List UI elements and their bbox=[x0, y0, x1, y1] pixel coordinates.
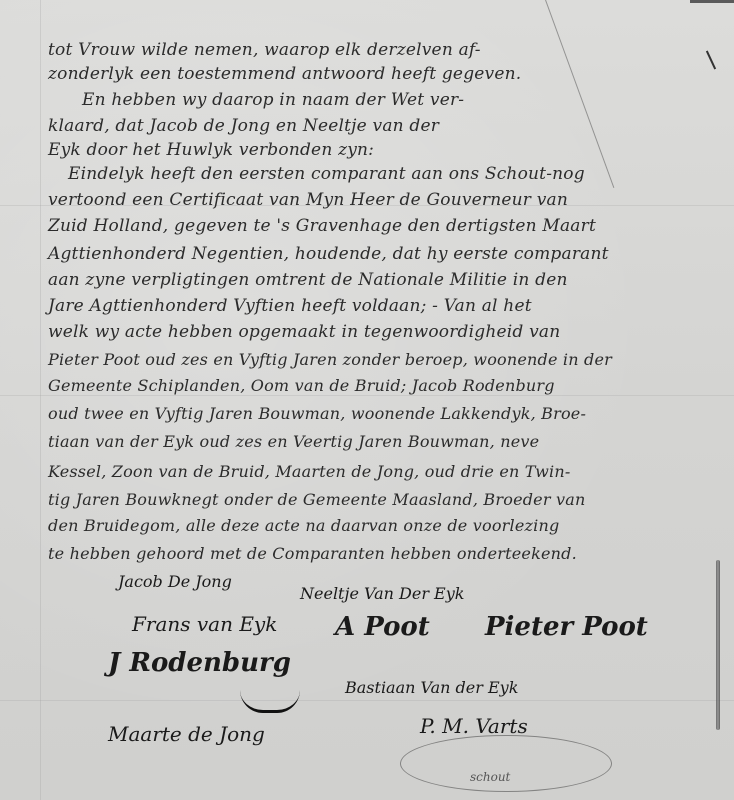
signature-flourish bbox=[240, 690, 300, 713]
text-line: En hebben wy daarop in naam der Wet ver- bbox=[82, 90, 464, 110]
text-line: Agttienhonderd Negentien, houdende, dat … bbox=[48, 244, 609, 264]
ruling-line bbox=[0, 395, 734, 396]
text-line: zonderlyk een toestemmend antwoord heeft… bbox=[48, 64, 521, 84]
text-line: vertoond een Certificaat van Myn Heer de… bbox=[48, 190, 568, 210]
text-line: Kessel, Zoon van de Bruid, Maarten de Jo… bbox=[48, 462, 570, 481]
fold-crease bbox=[545, 0, 614, 188]
signature-a-poot: A Poot bbox=[335, 612, 430, 642]
text-line: tig Jaren Bouwknegt onder de Gemeente Ma… bbox=[48, 490, 585, 509]
page-edge-shadow bbox=[690, 0, 734, 3]
signature-j-rodenburg: J Rodenburg bbox=[108, 648, 291, 678]
signature-jacob-de-jong: Jacob De Jong bbox=[118, 572, 232, 591]
text-line: Gemeente Schiplanden, Oom van de Bruid; … bbox=[48, 376, 555, 395]
text-line: Jare Agttienhonderd Vyftien heeft voldaa… bbox=[48, 296, 532, 316]
text-line: aan zyne verpligtingen omtrent de Nation… bbox=[48, 270, 568, 290]
text-line: tiaan van der Eyk oud zes en Veertig Jar… bbox=[48, 432, 539, 451]
text-line: oud twee en Vyftig Jaren Bouwman, woonen… bbox=[48, 404, 586, 423]
text-line: den Bruidegom, alle deze acte na daarvan… bbox=[48, 516, 559, 535]
ruling-line bbox=[0, 700, 734, 701]
signature-bastiaan-van-der-eyk: Bastiaan Van der Eyk bbox=[345, 678, 518, 697]
text-line: Eyk door het Huwlyk verbonden zyn: bbox=[48, 140, 374, 160]
text-line: Eindelyk heeft den eersten comparant aan… bbox=[68, 164, 585, 184]
binding-edge bbox=[716, 560, 720, 730]
text-line: tot Vrouw wilde nemen, waarop elk derzel… bbox=[48, 40, 481, 60]
ink-mark bbox=[706, 51, 716, 70]
signature-maarte-de-jong: Maarte de Jong bbox=[108, 722, 265, 746]
document-page: tot Vrouw wilde nemen, waarop elk derzel… bbox=[0, 0, 734, 800]
text-line: Pieter Poot oud zes en Vyftig Jaren zond… bbox=[48, 350, 612, 369]
signature-frans-van-eyk: Frans van Eyk bbox=[132, 612, 277, 636]
seal-caption: schout bbox=[470, 770, 510, 784]
text-line: te hebben gehoord met de Comparanten heb… bbox=[48, 544, 577, 563]
text-line: klaard, dat Jacob de Jong en Neeltje van… bbox=[48, 116, 439, 136]
text-line: Zuid Holland, gegeven te 's Gravenhage d… bbox=[48, 216, 596, 236]
signature-neeltje-van-der-eyk: Neeltje Van Der Eyk bbox=[300, 584, 464, 603]
text-line: welk wy acte hebben opgemaakt in tegenwo… bbox=[48, 322, 560, 342]
signature-pieter-poot: Pieter Poot bbox=[485, 612, 648, 642]
margin-rule bbox=[40, 0, 41, 800]
